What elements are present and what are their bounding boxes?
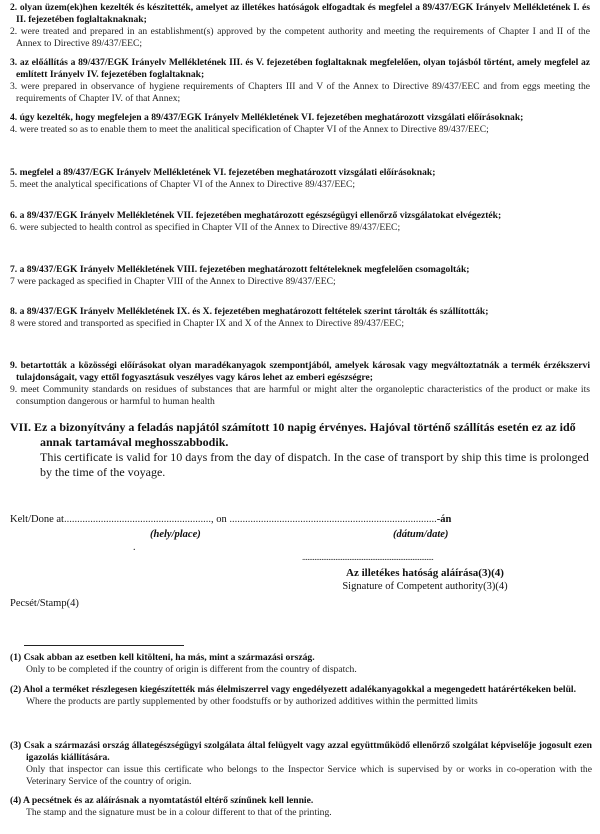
footnote-en: Only that inspector can issue this certi… (10, 764, 592, 788)
stamp-label: Pecsét/Stamp(4) (10, 598, 79, 609)
clause-5: 5. megfelel a 89/437/EGK Irányelv Mellék… (10, 167, 590, 191)
clause-hu: 4. úgy kezelték, hogy megfelejen a 89/43… (10, 112, 590, 124)
stray-mark: . (133, 542, 136, 553)
clause-6: 6. a 89/437/EGK Irányelv Mellékletének V… (10, 210, 590, 234)
clause-hu: 2. olyan üzem(ek)hen kezelték és készite… (10, 2, 590, 26)
clause-hu: 5. megfelel a 89/437/EGK Irányelv Mellék… (10, 167, 590, 179)
validity-hu: VII. Ez a bizonyítvány a feladás napjátó… (10, 420, 595, 450)
footnote-hu: (1) Csak abban az esetben kell kitölteni… (10, 652, 592, 664)
footnote-3: (3) Csak a származási ország állategészs… (10, 740, 592, 788)
clause-en: 9. meet Community standards on residues … (10, 384, 590, 408)
place-caption: (hely/place) (150, 529, 201, 540)
signature-field[interactable]: ........................................… (302, 552, 433, 562)
footnote-hu: (4) A pecsétnek és az aláírásnak a nyomt… (10, 795, 592, 807)
certificate-page: 2. olyan üzem(ek)hen kezelték és készite… (0, 0, 600, 834)
section-vii-validity: VII. Ez a bizonyítvány a feladás napjátó… (10, 420, 595, 480)
footnote-hu: (3) Csak a származási ország állategészs… (10, 740, 592, 764)
clause-4: 4. úgy kezelték, hogy megfelejen a 89/43… (10, 112, 590, 136)
clause-3: 3. az előállítás a 89/437/EGK Irányelv M… (10, 57, 590, 105)
footnote-1: (1) Csak abban az esetben kell kitölteni… (10, 652, 592, 676)
clause-en: 5. meet the analytical specifications of… (10, 179, 590, 191)
clause-2: 2. olyan üzem(ek)hen kezelték és készite… (10, 2, 590, 50)
on-label: , on (211, 514, 227, 525)
date-suffix: -án (437, 514, 452, 525)
clause-hu: 8. a 89/437/EGK Irányelv Mellékletének I… (10, 306, 590, 318)
clause-hu: 6. a 89/437/EGK Irányelv Mellékletének V… (10, 210, 590, 222)
footnote-en: The stamp and the signature must be in a… (10, 807, 592, 819)
clause-9: 9. betartották a közösségi előírásokat o… (10, 360, 590, 408)
clause-hu: 9. betartották a közösségi előírásokat o… (10, 360, 590, 384)
footnote-divider (24, 645, 184, 646)
clause-8: 8. a 89/437/EGK Irányelv Mellékletének I… (10, 306, 590, 330)
clause-7: 7. a 89/437/EGK Irányelv Mellékletének V… (10, 264, 590, 288)
footnote-2: (2) Ahol a terméket részlegesen kiegészí… (10, 684, 592, 708)
clause-en: 3. were prepared in observance of hygien… (10, 81, 590, 105)
footnote-hu: (2) Ahol a terméket részlegesen kiegészí… (10, 684, 592, 696)
place-field[interactable]: ........................................… (64, 514, 211, 525)
clause-en: 8 were stored and transported as specifi… (10, 318, 590, 330)
clause-en: 2. were treated and prepared in an estab… (10, 26, 590, 50)
clause-en: 7 were packaged as specified in Chapter … (10, 276, 590, 288)
validity-en: This certificate is valid for 10 days fr… (10, 450, 595, 480)
done-at-label: Kelt/Done at (10, 514, 64, 525)
signature-label-hu: Az illetékes hatóság aláírása(3)(4) (310, 567, 540, 579)
footnote-en: Only to be completed if the country of o… (10, 664, 592, 676)
footnote-en: Where the products are partly supplement… (10, 696, 592, 708)
clause-en: 4. were treated so as to enable them to … (10, 124, 590, 136)
footnote-4: (4) A pecsétnek és az aláírásnak a nyomt… (10, 795, 592, 819)
clause-en: 6. were subjected to health control as s… (10, 222, 590, 234)
clause-hu: 3. az előállítás a 89/437/EGK Irányelv M… (10, 57, 590, 81)
date-field[interactable]: ........................................… (229, 514, 436, 525)
date-caption: (dátum/date) (393, 529, 448, 540)
signature-label-en: Signature of Competent authority(3)(4) (300, 581, 550, 592)
clause-hu: 7. a 89/437/EGK Irányelv Mellékletének V… (10, 264, 590, 276)
done-at-line: Kelt/Done at............................… (10, 514, 590, 525)
